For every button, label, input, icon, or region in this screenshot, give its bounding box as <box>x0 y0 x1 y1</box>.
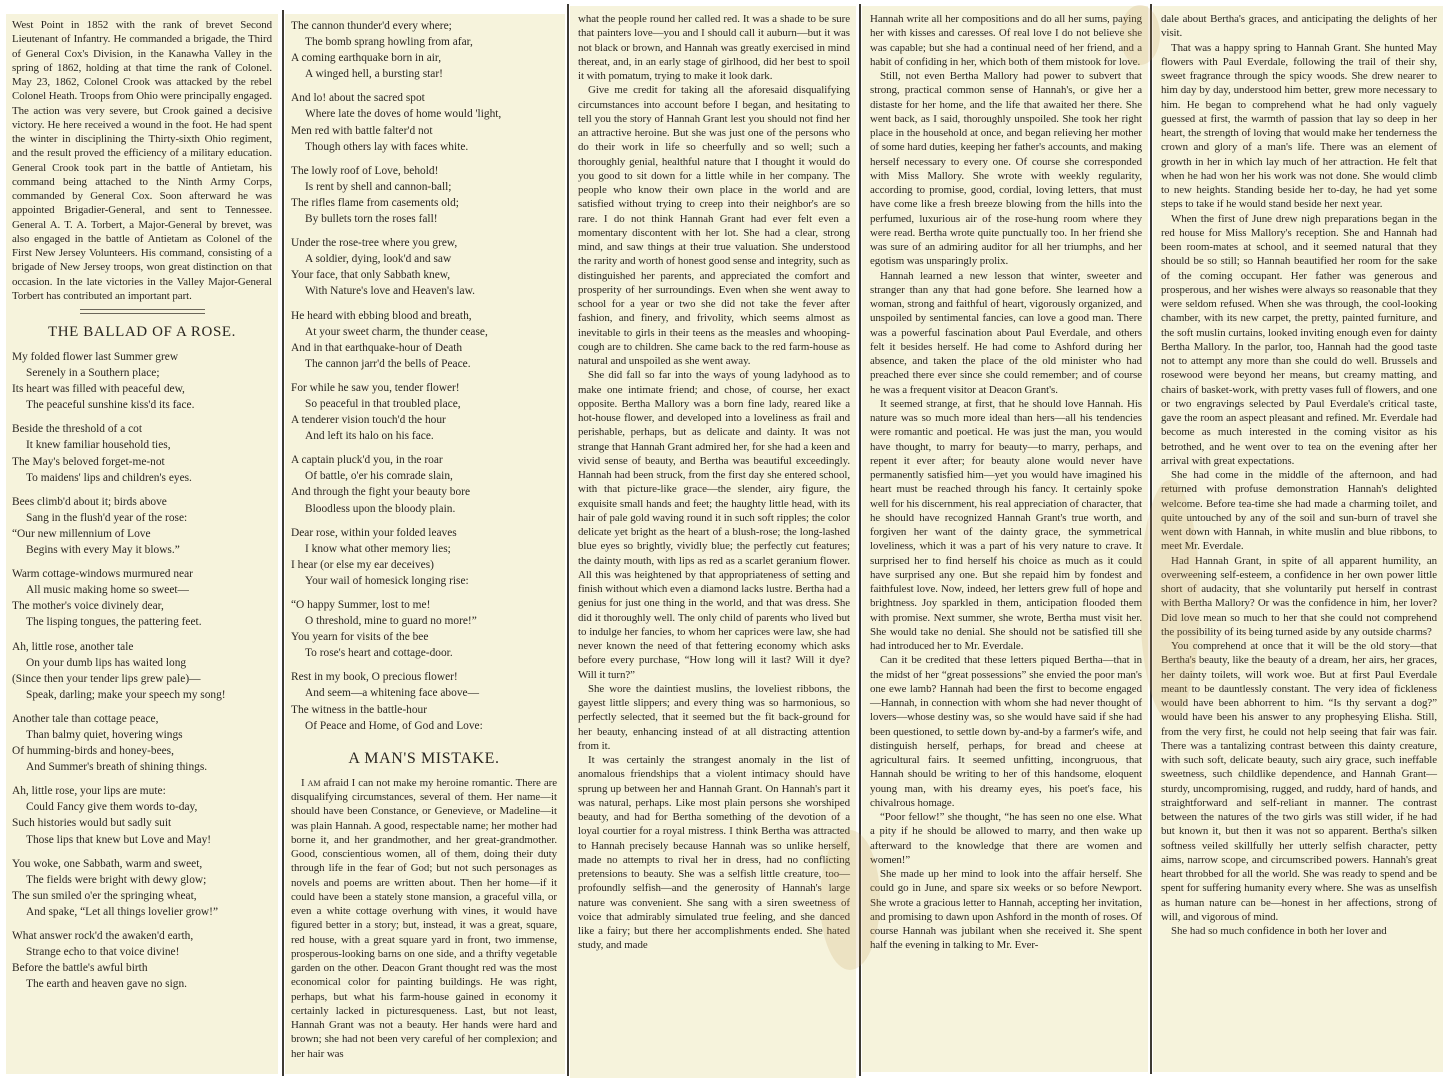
stanza: Bees climb'd about it; birds aboveSang i… <box>12 494 272 558</box>
story-paragraph: That was a happy spring to Hannah Grant.… <box>1161 41 1437 212</box>
verse-line: The cannon jarr'd the bells of Peace. <box>291 356 557 372</box>
generals-biography-text: West Point in 1852 with the rank of brev… <box>12 18 272 303</box>
verse-line: To maidens' lips and children's eyes. <box>12 470 272 486</box>
verse-line: He heard with ebbing blood and breath, <box>291 308 557 324</box>
verse-line: And through the fight your beauty bore <box>291 484 557 500</box>
verse-line: The sun smiled o'er the springing wheat, <box>12 888 272 904</box>
story-paragraph: dale about Bertha's graces, and anticipa… <box>1161 12 1437 41</box>
verse-line: Sang in the flush'd year of the rose: <box>12 510 272 526</box>
story-column-5: dale about Bertha's graces, and anticipa… <box>1161 12 1437 938</box>
stanza: Ah, little rose, your lips are mute:Coul… <box>12 783 272 847</box>
stanza: For while he saw you, tender flower!So p… <box>291 380 557 444</box>
verse-line: Ah, little rose, another tale <box>12 639 272 655</box>
story-paragraph: She did fall so far into the ways of you… <box>578 368 850 682</box>
verse-line: Of Peace and Home, of God and Love: <box>291 718 557 734</box>
verse-line: A tenderer vision touch'd the hour <box>291 412 557 428</box>
verse-line: Your face, that only Sabbath knew, <box>291 267 557 283</box>
section-divider <box>80 309 205 314</box>
story-paragraph: She made up her mind to look into the af… <box>870 867 1142 953</box>
verse-line: The bomb sprang howling from afar, <box>291 34 557 50</box>
story-column-3: what the people round her called red. It… <box>578 12 850 953</box>
story-paragraph: It seemed strange, at first, that he sho… <box>870 397 1142 654</box>
verse-line: Of humming-birds and honey-bees, <box>12 743 272 759</box>
story-paragraph: Give me credit for taking all the afores… <box>578 83 850 368</box>
stanza: My folded flower last Summer grewSerenel… <box>12 349 272 413</box>
verse-line: Under the rose-tree where you grew, <box>291 235 557 251</box>
verse-line: (Since then your tender lips grew pale)— <box>12 671 272 687</box>
paper-stain <box>1120 5 1160 65</box>
paper-stain <box>1140 480 1200 720</box>
verse-line: What answer rock'd the awaken'd earth, <box>12 928 272 944</box>
verse-line: For while he saw you, tender flower! <box>291 380 557 396</box>
verse-line: It knew familiar household ties, <box>12 437 272 453</box>
verse-line: I hear (or else my ear deceives) <box>291 557 557 573</box>
verse-line: Those lips that knew but Love and May! <box>12 832 272 848</box>
verse-line: Bloodless upon the bloody plain. <box>291 501 557 517</box>
ballad-stanzas-part2: The cannon thunder'd every where;The bom… <box>291 18 557 734</box>
stanza: Under the rose-tree where you grew,A sol… <box>291 235 557 299</box>
verse-line: Though others lay with faces white. <box>291 139 557 155</box>
column-rule <box>282 10 284 1076</box>
stanza: And lo! about the sacred spotWhere late … <box>291 90 557 154</box>
column-4: Hannah write all her compositions and do… <box>862 6 1148 1072</box>
verse-line: The earth and heaven gave no sign. <box>12 976 272 992</box>
verse-line: A winged hell, a bursting star! <box>291 66 557 82</box>
story-opening: I am afraid I can not make my heroine ro… <box>291 776 557 1061</box>
column-3: what the people round her called red. It… <box>570 6 856 1078</box>
verse-line: The cannon thunder'd every where; <box>291 18 557 34</box>
verse-line: Dear rose, within your folded leaves <box>291 525 557 541</box>
column-5: dale about Bertha's graces, and anticipa… <box>1153 6 1443 1072</box>
verse-line: Serenely in a Southern place; <box>12 365 272 381</box>
story-dropcap: I am <box>301 777 320 789</box>
verse-line: Its heart was filled with peaceful dew, <box>12 381 272 397</box>
verse-line: Of battle, o'er his comrade slain, <box>291 468 557 484</box>
verse-line: A coming earthquake born in air, <box>291 50 557 66</box>
stanza: The cannon thunder'd every where;The bom… <box>291 18 557 82</box>
verse-line: Beside the threshold of a cot <box>12 421 272 437</box>
verse-line: The witness in the battle-hour <box>291 702 557 718</box>
verse-line: All music making home so sweet— <box>12 582 272 598</box>
verse-line: So peaceful in that troubled place, <box>291 396 557 412</box>
verse-line: I know what other memory lies; <box>291 541 557 557</box>
column-rule <box>567 4 569 1076</box>
stanza: He heard with ebbing blood and breath,At… <box>291 308 557 372</box>
verse-line: Such histories would but sadly suit <box>12 815 272 831</box>
stanza: “O happy Summer, lost to me!O threshold,… <box>291 597 557 661</box>
verse-line: The mother's voice divinely dear, <box>12 598 272 614</box>
verse-line: Could Fancy give them words to-day, <box>12 799 272 815</box>
story-paragraph: Still, not even Bertha Mallory had power… <box>870 69 1142 269</box>
verse-line: At your sweet charm, the thunder cease, <box>291 324 557 340</box>
story-title: A MAN'S MISTAKE. <box>291 750 557 768</box>
verse-line: Begins with every May it blows.” <box>12 542 272 558</box>
story-paragraph: what the people round her called red. It… <box>578 12 850 83</box>
verse-line: “Our new millennium of Love <box>12 526 272 542</box>
verse-line: And in that earthquake-hour of Death <box>291 340 557 356</box>
verse-line: Where late the doves of home would 'ligh… <box>291 106 557 122</box>
verse-line: Is rent by shell and cannon-ball; <box>291 179 557 195</box>
verse-line: Rest in my book, O precious flower! <box>291 669 557 685</box>
verse-line: Men red with battle falter'd not <box>291 123 557 139</box>
story-paragraph: Hannah learned a new lesson that winter,… <box>870 269 1142 397</box>
verse-line: You woke, one Sabbath, warm and sweet, <box>12 856 272 872</box>
story-paragraph: When the first of June drew nigh prepara… <box>1161 212 1437 469</box>
verse-line: To rose's heart and cottage-door. <box>291 645 557 661</box>
stanza: Beside the threshold of a cotIt knew fam… <box>12 421 272 485</box>
stanza: Rest in my book, O precious flower!And s… <box>291 669 557 733</box>
story-paragraph: She wore the daintiest muslins, the love… <box>578 682 850 753</box>
paper-stain <box>820 830 880 970</box>
verse-line: Ah, little rose, your lips are mute: <box>12 783 272 799</box>
verse-line: “O happy Summer, lost to me! <box>291 597 557 613</box>
verse-line: Another tale than cottage peace, <box>12 711 272 727</box>
verse-line: The peaceful sunshine kiss'd its face. <box>12 397 272 413</box>
verse-line: On your dumb lips has waited long <box>12 655 272 671</box>
verse-line: Strange echo to that voice divine! <box>12 944 272 960</box>
verse-line: Warm cottage-windows murmured near <box>12 566 272 582</box>
story-paragraph: She had so much confidence in both her l… <box>1161 924 1437 938</box>
verse-line: And lo! about the sacred spot <box>291 90 557 106</box>
verse-line: You yearn for visits of the bee <box>291 629 557 645</box>
verse-line: Speak, darling; make your speech my song… <box>12 687 272 703</box>
verse-line: And left its halo on his face. <box>291 428 557 444</box>
stanza: The lowly roof of Love, behold!Is rent b… <box>291 163 557 227</box>
verse-line: A soldier, dying, look'd and saw <box>291 251 557 267</box>
stanza: Dear rose, within your folded leavesI kn… <box>291 525 557 589</box>
story-column-4: Hannah write all her compositions and do… <box>870 12 1142 953</box>
verse-line: With Nature's love and Heaven's law. <box>291 283 557 299</box>
stanza: A captain pluck'd you, in the roarOf bat… <box>291 452 557 516</box>
column-1: West Point in 1852 with the rank of brev… <box>6 14 278 1074</box>
ballad-stanzas-part1: My folded flower last Summer grewSerenel… <box>12 349 272 992</box>
poem-title: THE BALLAD OF A ROSE. <box>12 324 272 341</box>
verse-line: And Summer's breath of shining things. <box>12 759 272 775</box>
story-paragraph: Hannah write all her compositions and do… <box>870 12 1142 69</box>
verse-line: Than balmy quiet, hovering wings <box>12 727 272 743</box>
story-paragraph: It was certainly the strangest anomaly i… <box>578 753 850 953</box>
verse-line: Bees climb'd about it; birds above <box>12 494 272 510</box>
story-opening-paragraph: I am afraid I can not make my heroine ro… <box>291 776 557 1061</box>
verse-line: Your wail of homesick longing rise: <box>291 573 557 589</box>
story-paragraph: You comprehend at once that it will be t… <box>1161 639 1437 924</box>
verse-line: And seem—a whitening face above— <box>291 685 557 701</box>
stanza: Warm cottage-windows murmured nearAll mu… <box>12 566 272 630</box>
stanza: You woke, one Sabbath, warm and sweet,Th… <box>12 856 272 920</box>
verse-line: The May's beloved forget-me-not <box>12 454 272 470</box>
verse-line: The fields were bright with dewy glow; <box>12 872 272 888</box>
verse-line: The lowly roof of Love, behold! <box>291 163 557 179</box>
verse-line: My folded flower last Summer grew <box>12 349 272 365</box>
verse-line: O threshold, mine to guard no more!” <box>291 613 557 629</box>
column-2: The cannon thunder'd every where;The bom… <box>285 14 565 1074</box>
story-paragraph: “Poor fellow!” she thought, “he has seen… <box>870 810 1142 867</box>
verse-line: By bullets torn the roses fall! <box>291 211 557 227</box>
biography-paragraph: West Point in 1852 with the rank of brev… <box>12 18 272 303</box>
verse-line: A captain pluck'd you, in the roar <box>291 452 557 468</box>
story-paragraph: She had come in the middle of the aftern… <box>1161 468 1437 554</box>
verse-line: The lisping tongues, the pattering feet. <box>12 614 272 630</box>
verse-line: And spake, “Let all things lovelier grow… <box>12 904 272 920</box>
stanza: What answer rock'd the awaken'd earth,St… <box>12 928 272 992</box>
story-paragraph: Had Hannah Grant, in spite of all appare… <box>1161 554 1437 640</box>
story-paragraph: Can it be credited that these letters pi… <box>870 653 1142 810</box>
stanza: Another tale than cottage peace,Than bal… <box>12 711 272 775</box>
stanza: Ah, little rose, another taleOn your dum… <box>12 639 272 703</box>
verse-line: The rifles flame from casements old; <box>291 195 557 211</box>
verse-line: Before the battle's awful birth <box>12 960 272 976</box>
